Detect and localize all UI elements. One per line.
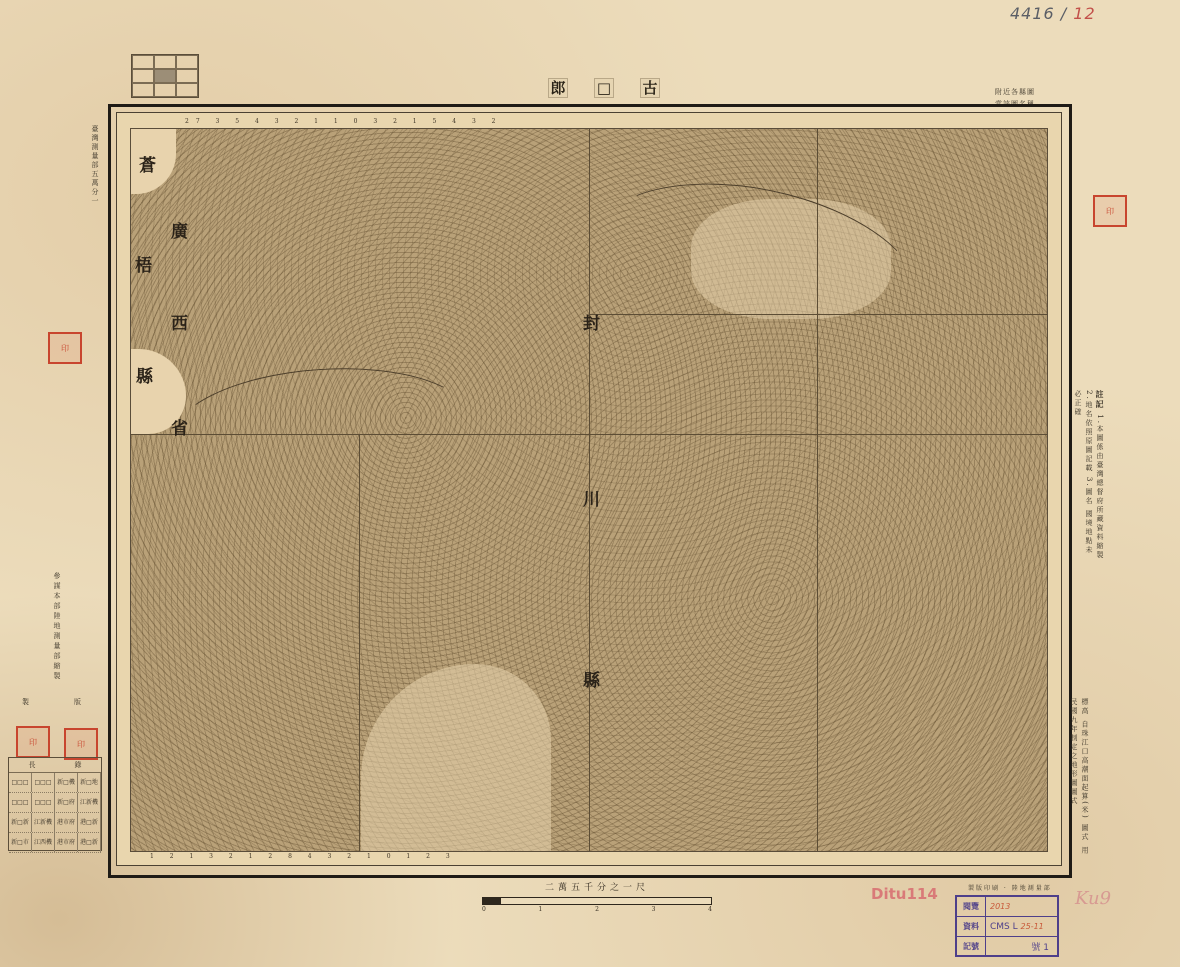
stamp-label: 閱覽 [957, 897, 986, 916]
red-seal-left: 印 [48, 332, 82, 364]
adjacent-sheet-index [131, 54, 199, 98]
legend-cell: 新□市 [9, 833, 32, 852]
red-seal-bottom-left-2: 印 [64, 728, 98, 760]
legend-label: 圖式 [1081, 824, 1089, 842]
note-line: 2.地名依照原圖記載 [1085, 390, 1093, 473]
scale-tick: 0 [482, 906, 486, 913]
legend-row: □□□ □□□ 新□府 江新機 [9, 793, 101, 813]
legend-cell: 新□新 [9, 813, 32, 832]
title-char: 古 [640, 78, 660, 98]
index-cell [176, 55, 198, 69]
map-sheet: 4416 / 12 郎 □ 古 附近各縣圖 當該圖名稱 臺灣測量部五萬分一 參謀… [0, 0, 1180, 967]
stamp-value: CMS L [990, 922, 1018, 932]
place-cangwu-2: 梧 [135, 251, 152, 276]
map-notes: 註記 1.本圖係由臺灣總督府所藏資料縮製 2.地名依照原圖記載 3.圖名 國境地… [1072, 390, 1105, 560]
legend-row: □□□ □□□ 新□機 新□地 [9, 773, 101, 793]
place-fengchuan-2: 川 [583, 485, 600, 510]
scale-bar-graphic [482, 897, 712, 905]
index-cell [132, 69, 154, 83]
river [167, 359, 477, 502]
legend-cell: 江西機 [32, 833, 55, 852]
legend-cell: 新□地 [78, 773, 101, 792]
legend-cell: 新□府 [55, 793, 78, 812]
scale-bar: 二萬五千分之一尺 0 1 2 3 4 [482, 880, 712, 913]
place-cangwu-3: 縣 [136, 362, 153, 387]
sheet-seam [359, 434, 360, 851]
top-border-ticks: 27 3 5 4 3 2 1 1 0 3 2 1 5 4 3 2 [185, 118, 503, 125]
scale-tick: 2 [595, 906, 599, 913]
handwritten-catalog-note: 4416 / 12 [1010, 4, 1096, 23]
river [578, 156, 936, 383]
index-cell [176, 69, 198, 83]
stamp-row: 閱覽 2013 [957, 897, 1057, 917]
legend-row: 新□市 江西機 港市府 港□新 [9, 833, 101, 853]
title-char: 郎 [548, 78, 568, 98]
library-stamp: 閱覽 2013 資料 CMS L 25-11 記號 號 1 [955, 895, 1059, 957]
elevation-text: 自珠江口高潮面起算(米) [1081, 720, 1089, 819]
place-guangxi-3: 省 [171, 414, 188, 439]
map-title: 郎 □ 古 [548, 78, 660, 98]
place-cangwu-1: 蒼 [139, 151, 156, 176]
place-guangxi-2: 西 [171, 309, 188, 334]
elevation-label: 標高 [1081, 698, 1089, 716]
legend-cell: 江新機 [78, 793, 101, 812]
legend-cell: □□□ [32, 773, 55, 792]
left-margin-note-2: 參謀本部陸地測量部縮製 [52, 572, 62, 682]
stamp-hand-value: 25-11 [1021, 922, 1044, 931]
print-note: 製版印刷 · 陸地測量部 [968, 883, 1052, 892]
legend-cell: 港市府 [55, 833, 78, 852]
note-line: 1.本圖係由臺灣總督府所藏資料縮製 [1096, 414, 1104, 560]
legend-cell: 港□新 [78, 833, 101, 852]
note-line: 附近各縣圖 [995, 86, 1035, 98]
scale-label: 二萬五千分之一尺 [482, 880, 712, 893]
legend-header: 長 錄 [9, 758, 101, 773]
scale-tick: 1 [539, 906, 543, 913]
place-fengchuan-3: 縣 [583, 666, 600, 691]
index-cell [132, 55, 154, 69]
title-char: □ [594, 78, 614, 98]
watermark: Ditu114 [871, 885, 938, 903]
index-cell [176, 83, 198, 97]
stamp-label: 記號 [957, 937, 986, 956]
legend-cell: □□□ [9, 773, 32, 792]
legend-header-cell: 長 [9, 758, 55, 772]
legend-cell: 港□新 [78, 813, 101, 832]
stamp-value: 號 1 [986, 940, 1057, 953]
red-seal-bottom-left-1: 印 [16, 726, 50, 758]
stamp-row: 資料 CMS L 25-11 [957, 917, 1057, 937]
scale-ticks: 0 1 2 3 4 [482, 906, 712, 913]
legend-header-cell: 錄 [55, 758, 101, 772]
catalog-number-red: 12 [1073, 4, 1095, 23]
seal-label-2: 版 [74, 697, 81, 707]
index-cell [154, 55, 176, 69]
index-cell [154, 83, 176, 97]
stamp-label: 資料 [957, 917, 986, 936]
stamp-value: 2013 [986, 902, 1057, 911]
scale-tick: 4 [708, 906, 712, 913]
elevation-legend-notes: 標高 自珠江口高潮面起算(米) 圖式 用民國九年制定之地形圖圖式 [1068, 698, 1090, 858]
handwritten-signature: Ku9 [1075, 888, 1111, 909]
topographic-map-area[interactable]: 蒼 梧 縣 廣 西 省 封 川 縣 [130, 128, 1048, 852]
legend-cell: □□□ [32, 793, 55, 812]
notes-heading: 註記 [1095, 390, 1105, 410]
place-guangxi-1: 廣 [171, 217, 188, 242]
scale-tick: 3 [652, 906, 656, 913]
legend-row: 新□新 江新機 港市府 港□新 [9, 813, 101, 833]
index-cell-current [154, 69, 176, 83]
index-cell [132, 83, 154, 97]
legend-cell: □□□ [9, 793, 32, 812]
legend-table: 長 錄 □□□ □□□ 新□機 新□地 □□□ □□□ 新□府 江新機 新□新 … [8, 757, 102, 851]
legend-cell: 新□機 [55, 773, 78, 792]
left-margin-note: 臺灣測量部五萬分一 [90, 125, 100, 206]
place-fengchuan-1: 封 [583, 309, 600, 334]
bottom-border-ticks: 1 2 1 3 2 1 2 8 4 3 2 1 0 1 2 3 [150, 853, 457, 860]
seal-label-1: 製 [22, 697, 29, 707]
catalog-number: 4416 / [1010, 4, 1067, 23]
legend-cell: 港市府 [55, 813, 78, 832]
legend-cell: 江新機 [32, 813, 55, 832]
plain-area [361, 664, 551, 852]
stamp-row: 記號 號 1 [957, 937, 1057, 956]
red-seal-top-right: 印 [1093, 195, 1127, 227]
